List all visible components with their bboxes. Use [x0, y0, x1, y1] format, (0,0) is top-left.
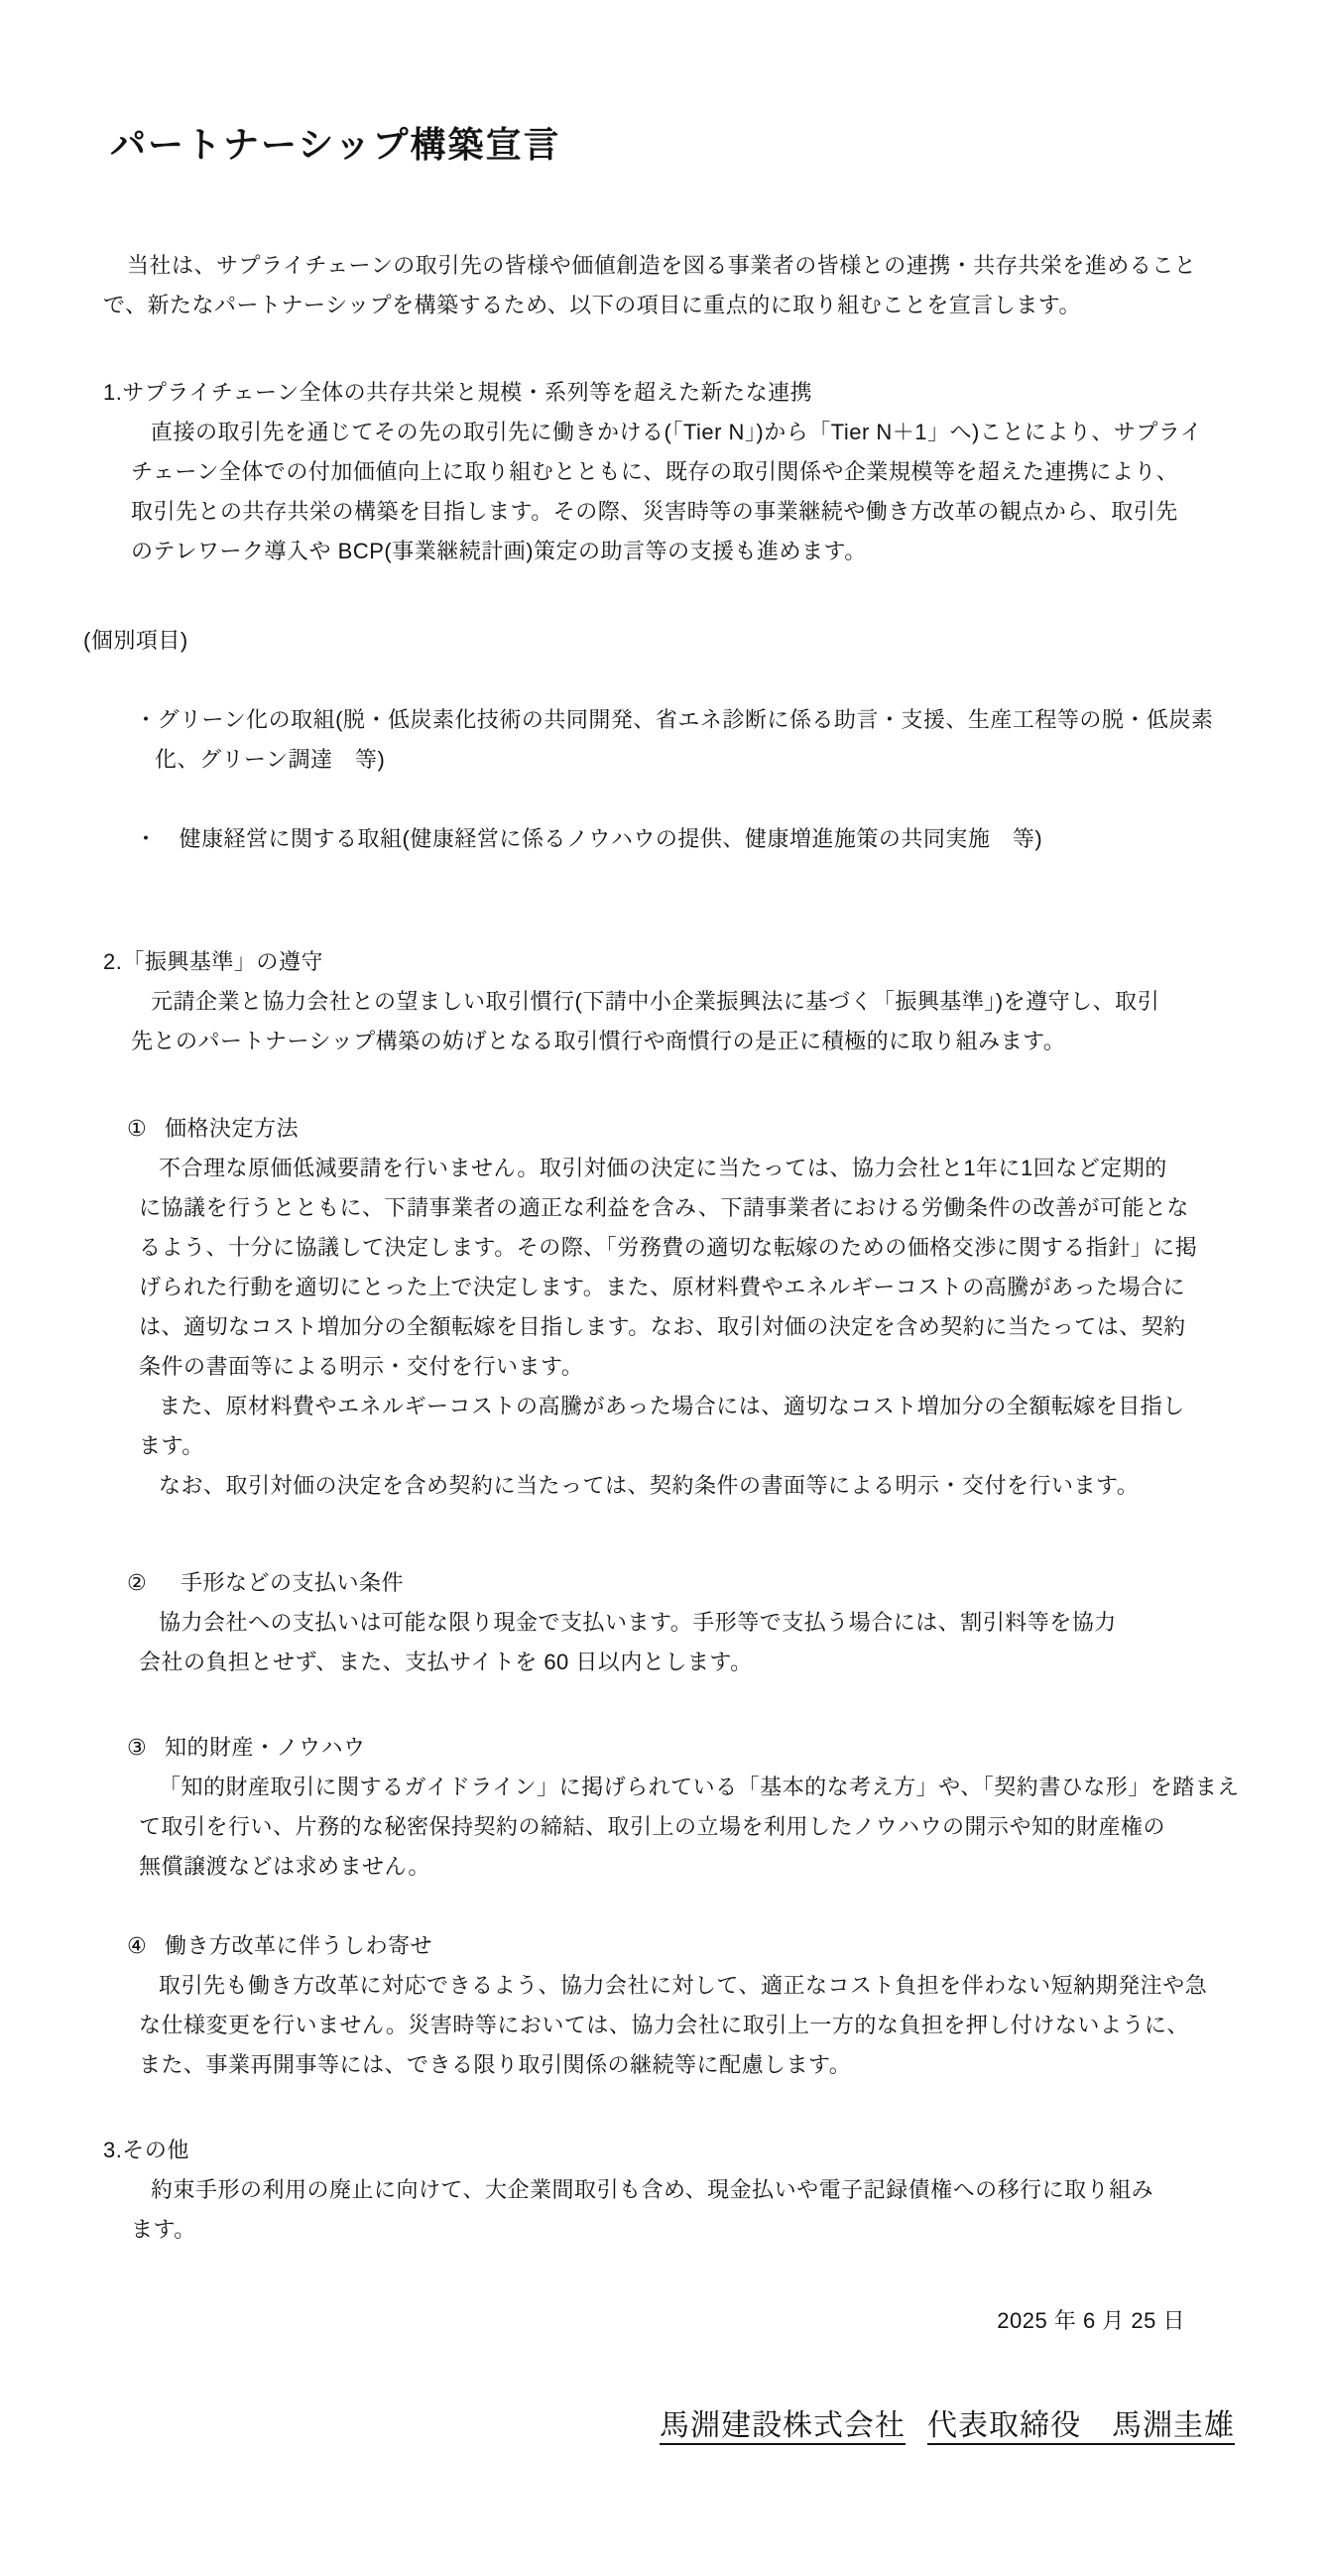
section-2-line: 元請企業と協力会社との望ましい取引慣行(下請中小企業振興法に基づく「振興基準」)…: [103, 982, 1235, 1022]
item-1-line: げられた行動を適切にとった上で決定します。また、原材料費やエネルギーコストの高騰…: [103, 1268, 1235, 1307]
date-line: 2025 年 6 月 25 日: [103, 2301, 1235, 2341]
signature-line: 馬淵建設株式会社代表取締役 馬淵圭雄: [103, 2402, 1235, 2450]
section-2: 2.「振興基準」の遵守 元請企業と協力会社との望ましい取引慣行(下請中小企業振興…: [103, 942, 1235, 1061]
item-3-line: 無償譲渡などは求めません。: [103, 1847, 1235, 1887]
item-4-title: 働き方改革に伴うしわ寄せ: [165, 1933, 432, 1958]
item-2-line: 会社の負担とせず、また、支払サイトを 60 日以内とします。: [103, 1643, 1235, 1682]
page-title: パートナーシップ構築宣言: [110, 121, 1235, 169]
item-1-pricing: ①価格決定方法 不合理な原価低減要請を行いません。取引対価の決定に当たっては、協…: [103, 1109, 1235, 1506]
item-4-line: 取引先も働き方改革に対応できるよう、協力会社に対して、適正なコスト負担を伴わない…: [103, 1966, 1235, 2006]
item-4-line: な仕様変更を行いません。災害時等においては、協力会社に取引上一方的な負担を押し付…: [103, 2006, 1235, 2045]
item-3-line: 「知的財産取引に関するガイドライン」に掲げられている「基本的な考え方」や、「契約…: [103, 1768, 1235, 1807]
bullet-marker: ・: [135, 826, 158, 851]
intro-line: で、新たなパートナーシップを構築するため、以下の項目に重点的に取り組むことを宣言…: [103, 286, 1235, 325]
item-3-line: て取引を行い、片務的な秘密保持契約の締結、取引上の立場を利用したノウハウの開示や…: [103, 1807, 1235, 1847]
intro-paragraph: 当社は、サプライチェーンの取引先の皆様や価値創造を図る事業者の皆様との連携・共存…: [103, 246, 1235, 325]
section-3-line: ます。: [103, 2210, 1235, 2250]
section-1: 1.サプライチェーン全体の共存共栄と規模・系列等を超えた新たな連携 直接の取引先…: [103, 373, 1235, 571]
bullet-item-green: ・グリーン化の取組(脱・低炭素化技術の共同開発、省エネ診断に係る助言・支援、生産…: [103, 700, 1235, 780]
item-2-heading: ②手形などの支払い条件: [103, 1563, 1235, 1603]
item-4-work-style-reform: ④働き方改革に伴うしわ寄せ 取引先も働き方改革に対応できるよう、協力会社に対して…: [103, 1926, 1235, 2085]
item-2-number: ②: [127, 1563, 181, 1603]
item-1-title: 価格決定方法: [165, 1116, 299, 1141]
bullet-line: ・グリーン化の取組(脱・低炭素化技術の共同開発、省エネ診断に係る助言・支援、生産…: [103, 700, 1235, 740]
item-1-line: また、原材料費やエネルギーコストの高騰があった場合には、適切なコスト増加分の全額…: [103, 1387, 1235, 1426]
bullet-item-health: ・健康経営に関する取組(健康経営に係るノウハウの提供、健康増進施策の共同実施 等…: [103, 819, 1235, 859]
document-page: パートナーシップ構築宣言 当社は、サプライチェーンの取引先の皆様や価値創造を図る…: [0, 0, 1331, 2576]
section-3-line: 約束手形の利用の廃止に向けて、大企業間取引も含め、現金払いや電子記録債権への移行…: [103, 2170, 1235, 2210]
section-1-line: のテレワーク導入や BCP(事業継続計画)策定の助言等の支援も進めます。: [103, 532, 1235, 571]
signature-title-name: 代表取締役 馬淵圭雄: [927, 2409, 1235, 2442]
section-1-line: 直接の取引先を通じてその先の取引先に働きかける(「Tier N」)から「Tier…: [103, 413, 1235, 452]
item-4-number: ④: [127, 1926, 165, 1966]
intro-line: 当社は、サプライチェーンの取引先の皆様や価値創造を図る事業者の皆様との連携・共存…: [103, 246, 1235, 286]
item-2-title: 手形などの支払い条件: [181, 1570, 404, 1595]
item-1-line: なお、取引対価の決定を含め契約に当たっては、契約条件の書面等による明示・交付を行…: [103, 1466, 1235, 1506]
item-1-line: ます。: [103, 1426, 1235, 1466]
bullet-text: 健康経営に関する取組(健康経営に係るノウハウの提供、健康増進施策の共同実施 等): [180, 826, 1043, 851]
item-2-payment-terms: ②手形などの支払い条件 協力会社への支払いは可能な限り現金で支払います。手形等で…: [103, 1563, 1235, 1682]
item-3-title: 知的財産・ノウハウ: [165, 1735, 366, 1760]
item-2-line: 協力会社への支払いは可能な限り現金で支払います。手形等で支払う場合には、割引料等…: [103, 1603, 1235, 1643]
item-1-number: ①: [127, 1109, 165, 1149]
item-1-line: に協議を行うとともに、下請事業者の適正な利益を含み、下請事業者における労働条件の…: [103, 1188, 1235, 1228]
bullet-line: ・健康経営に関する取組(健康経営に係るノウハウの提供、健康増進施策の共同実施 等…: [103, 819, 1235, 859]
section-1-heading: 1.サプライチェーン全体の共存共栄と規模・系列等を超えた新たな連携: [103, 373, 1235, 413]
bullet-marker: ・: [135, 707, 158, 732]
individual-items-label: (個別項目): [83, 621, 1235, 661]
item-3-heading: ③知的財産・ノウハウ: [103, 1728, 1235, 1768]
signature-company: 馬淵建設株式会社: [660, 2409, 906, 2442]
item-1-heading: ①価格決定方法: [103, 1109, 1235, 1149]
item-3-number: ③: [127, 1728, 165, 1768]
section-1-line: 取引先との共存共栄の構築を目指します。その際、災害時等の事業継続や働き方改革の観…: [103, 492, 1235, 532]
section-3: 3.その他 約束手形の利用の廃止に向けて、大企業間取引も含め、現金払いや電子記録…: [103, 2131, 1235, 2250]
bullet-text: グリーン化の取組(脱・低炭素化技術の共同開発、省エネ診断に係る助言・支援、生産工…: [158, 707, 1214, 732]
item-1-line: 条件の書面等による明示・交付を行います。: [103, 1347, 1235, 1387]
item-3-intellectual-property: ③知的財産・ノウハウ 「知的財産取引に関するガイドライン」に掲げられている「基本…: [103, 1728, 1235, 1887]
section-3-heading: 3.その他: [103, 2131, 1235, 2170]
item-4-heading: ④働き方改革に伴うしわ寄せ: [103, 1926, 1235, 1966]
item-1-line: は、適切なコスト増加分の全額転嫁を目指します。なお、取引対価の決定を含め契約に当…: [103, 1307, 1235, 1347]
section-2-line: 先とのパートナーシップ構築の妨げとなる取引慣行や商慣行の是正に積極的に取り組みま…: [103, 1022, 1235, 1061]
item-1-line: るよう、十分に協議して決定します。その際、「労務費の適切な転嫁のための価格交渉に…: [103, 1228, 1235, 1268]
section-2-heading: 2.「振興基準」の遵守: [103, 942, 1235, 982]
item-4-line: また、事業再開事等には、できる限り取引関係の継続等に配慮します。: [103, 2045, 1235, 2085]
section-1-line: チェーン全体での付加価値向上に取り組むとともに、既存の取引関係や企業規模等を超え…: [103, 452, 1235, 492]
item-1-line: 不合理な原価低減要請を行いません。取引対価の決定に当たっては、協力会社と1年に1…: [103, 1149, 1235, 1188]
bullet-line: 化、グリーン調達 等): [103, 740, 1235, 780]
